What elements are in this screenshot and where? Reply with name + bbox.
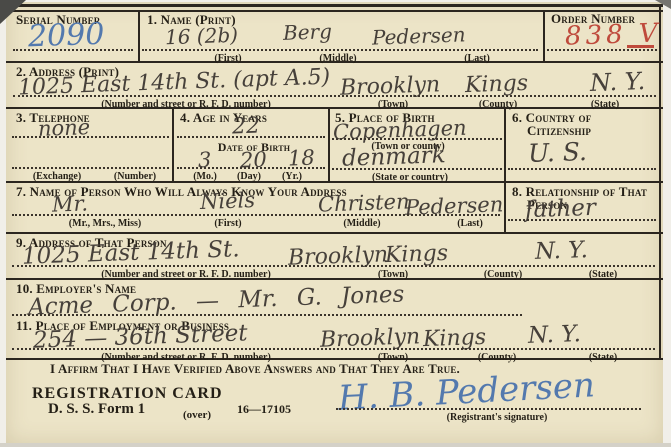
row-divider [6, 232, 663, 234]
contact-middle-sublabel: (Middle) [343, 218, 380, 229]
address-town-sublabel: (Town) [378, 99, 408, 110]
dob-year-sublabel: (Yr.) [282, 171, 302, 182]
address-county-value: Kings [465, 71, 529, 98]
address-entry-line [13, 95, 656, 97]
contact-last-sublabel: (Last) [457, 218, 483, 229]
employment-state-value: N. Y. [528, 321, 582, 349]
name-middle-sublabel: (Middle) [319, 53, 356, 64]
contact-address-street-sublabel: (Number and street or R. F. D. number) [101, 269, 271, 280]
name-middle-value: Berg [283, 19, 333, 45]
contact-address-state-sublabel: (State) [589, 269, 617, 280]
birth-town-entry-line [332, 138, 502, 140]
relationship-entry-line [508, 219, 656, 221]
telephone-entry-line [12, 136, 169, 138]
name-entry-line [142, 49, 538, 51]
address-state-value: N. Y. [590, 67, 646, 97]
contact-first-sublabel: (First) [214, 218, 241, 229]
citizenship-entry-line [508, 168, 656, 170]
contact-title-value: Mr. [52, 191, 89, 216]
name-first-sublabel: (First) [214, 53, 241, 64]
cell-divider [172, 107, 174, 181]
form-number: D. S. S. Form 1 [48, 401, 145, 418]
contact-address-state-value: N. Y. [535, 237, 589, 265]
contact-first-value: Niels [200, 188, 256, 214]
scan-bottom-edge [0, 443, 671, 447]
dob-day-sublabel: (Day) [237, 171, 261, 182]
age-entry-line [177, 136, 325, 138]
address-street-sublabel: (Number and street or R. F. D. number) [101, 99, 271, 110]
employment-entry-line [12, 348, 655, 350]
print-code: 16—17105 [237, 402, 291, 417]
cell-divider [328, 107, 330, 181]
order-entry-line [547, 49, 657, 51]
signature-entry-line [336, 408, 641, 410]
order-number-underline [627, 45, 654, 48]
name-first-value: 16 (2b) [165, 23, 239, 50]
telephone-entry-line-2 [12, 167, 169, 169]
name-last-sublabel: (Last) [464, 53, 490, 64]
serial-entry-line [13, 49, 133, 51]
address-state-sublabel: (State) [591, 99, 619, 110]
contact-address-county-sublabel: (County) [484, 269, 522, 280]
telephone-exchange-sublabel: (Exchange) [33, 171, 81, 182]
dob-month-sublabel: (Mo.) [193, 171, 217, 182]
cell-divider [504, 181, 506, 232]
cell-divider [504, 107, 506, 181]
birth-state-sublabel: (State or country) [372, 172, 448, 183]
citizenship-value: U. S. [528, 137, 588, 168]
contact-address-county-value: Kings [385, 241, 449, 268]
dob-entry-line [177, 167, 325, 169]
name-last-value: Pedersen [372, 22, 466, 49]
registration-card-scan: Serial Number 2090 1. Name (Print) 16 (2… [0, 0, 671, 447]
address-county-sublabel: (County) [479, 99, 517, 110]
row-divider [6, 181, 663, 183]
signature-sublabel: (Registrant's signature) [447, 412, 548, 423]
employment-county-sublabel: (County) [478, 352, 516, 363]
contact-address-entry-line [12, 265, 655, 267]
employer-entry-line [12, 314, 522, 316]
birth-state-entry-line [332, 168, 502, 170]
employment-state-sublabel: (State) [589, 352, 617, 363]
top-border-line [6, 4, 663, 7]
cell-divider [138, 10, 140, 61]
cell-divider [543, 10, 545, 61]
contact-middle-value: Christen [318, 189, 410, 216]
contact-title-sublabel: (Mr., Mrs., Miss) [69, 218, 141, 229]
contact-address-town-sublabel: (Town) [378, 269, 408, 280]
contact-entry-line [12, 214, 500, 216]
right-border-line [659, 4, 661, 358]
over-note: (over) [183, 409, 211, 421]
telephone-number-sublabel: (Number) [114, 171, 156, 182]
